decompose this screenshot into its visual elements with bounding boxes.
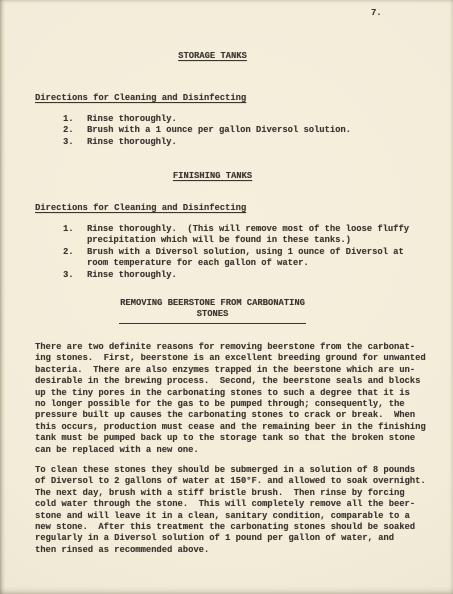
list-item: 2. Brush with a 1 ounce per gallon Diver… [63,125,433,136]
storage-steps-list: 1. Rinse thoroughly. 2. Brush with a 1 o… [63,114,433,148]
finishing-steps-list: 1. Rinse thoroughly. (This will remove m… [63,224,433,281]
list-item-text: Rinse thoroughly. [87,114,177,125]
beerstone-paragraph-1: There are two definite reasons for remov… [35,342,433,456]
list-item: 2. Brush with a Diversol solution, using… [63,247,433,270]
finishing-directions-heading: Directions for Cleaning and Disinfecting [35,203,246,214]
list-item: 1. Rinse thoroughly. (This will remove m… [63,224,433,247]
list-item-number: 2. [63,247,87,258]
beerstone-heading-line1: REMOVING BEERSTONE FROM CARBONATING [120,298,305,309]
list-item-number: 3. [63,137,87,148]
beerstone-heading-line2: STONES [120,309,305,320]
storage-directions-heading: Directions for Cleaning and Disinfecting [35,93,246,104]
list-item-number: 2. [63,125,87,136]
list-item-text: Rinse thoroughly. [87,270,177,281]
list-item-text: Rinse thoroughly. [87,137,177,148]
list-item-number: 1. [63,114,87,125]
list-item: 3. Rinse thoroughly. [63,137,433,148]
storage-tanks-heading: STORAGE TANKS [0,51,425,62]
beerstone-heading-underlined-block: REMOVING BEERSTONE FROM CARBONATING STON… [119,298,306,324]
list-item-text: Brush with a Diversol solution, using 1 … [87,247,404,270]
list-item-number: 1. [63,224,87,235]
page-number: 7. [371,8,382,19]
scanned-document-page: 7. STORAGE TANKS Directions for Cleaning… [0,0,453,594]
beerstone-paragraph-2: To clean these stones they should be sub… [35,465,433,556]
beerstone-section-heading: REMOVING BEERSTONE FROM CARBONATING STON… [0,298,425,324]
list-item-text: Rinse thoroughly. (This will remove most… [87,224,409,247]
finishing-tanks-heading: FINISHING TANKS [0,171,425,182]
list-item: 1. Rinse thoroughly. [63,114,433,125]
list-item-number: 3. [63,270,87,281]
list-item: 3. Rinse thoroughly. [63,270,433,281]
list-item-text: Brush with a 1 ounce per gallon Diversol… [87,125,351,136]
